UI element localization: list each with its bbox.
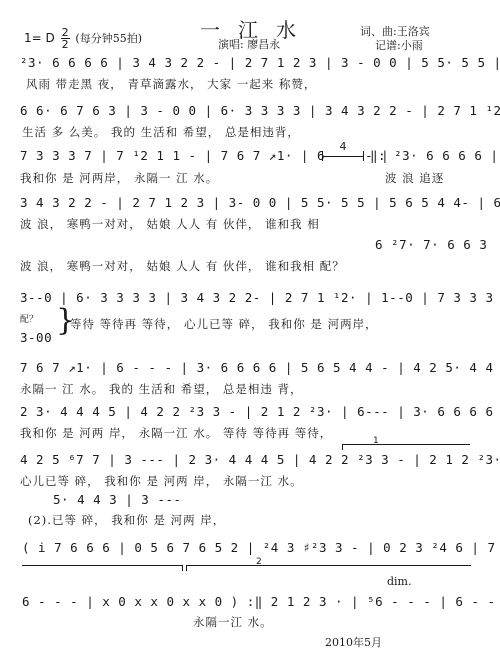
lyric-line-4: 波 浪， 寒鸭一对对， 姑娘 人人 有 伙伴， 谁和我 相 bbox=[20, 216, 320, 232]
notation-line-6: 7 6 7 ↗1· | 6 - - - | 3· 6 6 6 6 | 5 6 5… bbox=[20, 360, 500, 375]
multi-rest-bar bbox=[322, 156, 364, 157]
notation-line-4: 3 4 3 2 2 - | 2 7 1 2 3 | 3- 0 0 | 5 5· … bbox=[20, 195, 500, 210]
multi-rest-tick-right bbox=[363, 151, 364, 161]
time-signature: 2 2 bbox=[61, 27, 70, 50]
volta-1-end-tick bbox=[182, 565, 183, 571]
multi-rest-tick-left bbox=[322, 151, 323, 161]
alt-ending-notes: 3-00 bbox=[20, 330, 52, 345]
lyric-line-6: 永隔一 江 水。 我的 生活和 希望， 总是相违 背， bbox=[20, 381, 303, 397]
volta-1-line bbox=[342, 444, 470, 445]
notation-line-5: 3--0 | 6· 3 3 3 3 | 3 4 3 2 2- | 2 7 1 ¹… bbox=[20, 290, 500, 305]
lyric-line-11: 永隔一江 水。 bbox=[193, 614, 273, 630]
lyric-line-7: 我和你 是 河两 岸， 永隔一江 水。 等待 等待再 等待， bbox=[20, 425, 332, 441]
lyric-line-1: 风雨 带走黑 夜， 青草滴露水， 大家 一起来 称赞， bbox=[26, 76, 316, 92]
singer-credit: 演唱: 廖昌永 bbox=[218, 36, 280, 52]
tempo-marking: (每分钟55拍) bbox=[75, 32, 142, 45]
alt-lyric-line-4: 波 浪， 寒鸭一对对， 姑娘 人人 有 伙伴， 谁和我相 配？ bbox=[20, 258, 345, 274]
alt-ending-label: 配？ bbox=[20, 312, 38, 325]
volta-2-tick bbox=[186, 565, 187, 571]
notation-line-1: ²3· 6 6 6 6 | 3 4 3 2 2 - | 2 7 1 2 3 | … bbox=[20, 55, 500, 70]
transcriber-credit: 记谱:小雨 bbox=[375, 37, 423, 53]
lyric-line-3b: 波 浪 追逐 bbox=[385, 170, 444, 186]
lyric-line-8: 心儿已等 碎， 我和你 是 河两 岸， 永隔一江 水。 bbox=[20, 473, 303, 489]
volta-1-label: 1 bbox=[373, 436, 379, 446]
notation-line-10: ( i 7 6 6 6 | 0 5 6 7 6 5 2 | ²4 3 ♯²3 3… bbox=[22, 540, 500, 555]
volta-1-tick bbox=[342, 444, 343, 450]
composition-date: 2010年5月 bbox=[325, 634, 382, 650]
lyric-line-9: (2).已等 碎， 我和你 是 河两 岸， bbox=[28, 512, 225, 528]
volta-line-left bbox=[22, 565, 182, 566]
multi-rest-count: 4 bbox=[322, 140, 364, 153]
volta-2-line bbox=[186, 565, 471, 566]
volta-2-label: 2 bbox=[256, 557, 262, 567]
lyric-line-3: 我和你 是 河两岸， 永隔一 江 水。 bbox=[20, 170, 218, 186]
lyric-line-5: 等待 等待再 等待， 心儿已等 碎， 我和你 是 河两岸， bbox=[70, 316, 378, 332]
dynamic-marking: dim. bbox=[387, 575, 412, 588]
notation-line-3b: ‖: ²3· 6 6 6 6 | bbox=[370, 148, 498, 163]
lyric-line-2: 生活 多 么美。 我的 生活和 希望， 总是相违背， bbox=[22, 124, 300, 140]
notation-line-9: 5· 4 4 3 | 3 --- bbox=[53, 492, 181, 507]
notation-line-11: 6 - - - | x 0 x x 0 x x 0 ) :‖ 2 1 2 3 ·… bbox=[22, 594, 500, 609]
notation-line-8: 4 2 5 ⁶7 7 | 3 --- | 2 3· 4 4 4 5 | 4 2 … bbox=[20, 452, 500, 467]
key-signature: 1= D 2 2 (每分钟55拍) bbox=[24, 27, 142, 50]
notation-line-7: 2 3· 4 4 4 5 | 4 2 2 ²3 3 - | 2 1 2 ²3· … bbox=[20, 404, 500, 419]
notation-line-2: 6 6· 6 7 6 3 | 3 - 0 0 | 6· 3 3 3 3 | 3 … bbox=[20, 103, 500, 118]
key-label: 1= D bbox=[24, 31, 55, 45]
alt-notation-line-4: 6 ²7· 7· 6 6 3 bbox=[375, 237, 487, 252]
